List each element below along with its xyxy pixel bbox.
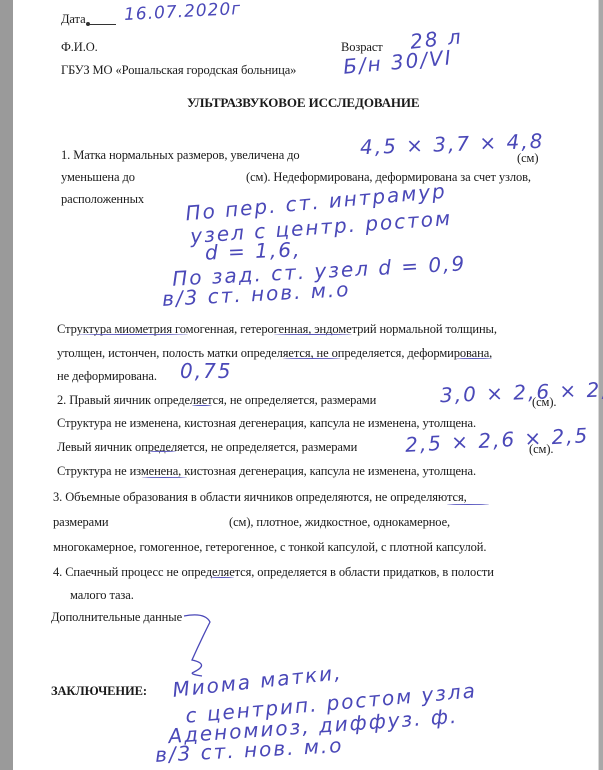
right-ovary-unit: (см).: [532, 395, 556, 410]
nodes-note-3: d = 1,6,: [205, 240, 302, 261]
s3-line2b: (см), плотное, жидкостное, однокамерное,: [229, 515, 450, 530]
left-ovary-unit: (см).: [529, 442, 553, 457]
left-ovary-size: 2,5 × 2,6 × 2,5: [405, 426, 590, 454]
date-line-mark: [88, 24, 116, 25]
s1-line3: расположенных: [61, 192, 144, 207]
underline-deformed: [456, 357, 492, 359]
s3-line3: многокамерное, гомогенное, гетерогенное,…: [53, 540, 486, 555]
conclusion-label: ЗАКЛЮЧЕНИЕ:: [51, 684, 147, 699]
z-mark-icon: [180, 612, 220, 682]
s4-line2: малого таза.: [70, 588, 134, 603]
underline-right-ovary: [192, 404, 212, 406]
date-label: Дата: [61, 12, 86, 27]
underline-cavity-defined: [283, 357, 341, 359]
underline-left-ovary: [148, 450, 176, 452]
document-title: УЛЬТРАЗВУКОВОЕ ИССЛЕДОВАНИЕ: [187, 95, 420, 110]
structure-line2: утолщен, истончен, полость матки определ…: [57, 346, 492, 361]
institution-name: ГБУЗ МО «Рошальская городская больница»: [61, 63, 296, 78]
date-value: 16.07.2020г: [124, 0, 242, 24]
fio-label: Ф.И.О.: [61, 40, 98, 55]
underline-not-defined: [447, 503, 489, 505]
underline-heterogeneous: [274, 333, 352, 335]
record-note: Б/н 30/VI: [342, 48, 453, 75]
s4-line1: 4. Спаечный процесс не определяется, опр…: [53, 565, 494, 580]
left-ovary-structure: Структура не изменена, кистозная дегенер…: [57, 464, 476, 479]
underline-adhesions: [210, 576, 234, 578]
right-ovary-line: 2. Правый яичник определяется, не опреде…: [57, 393, 376, 408]
s1-line2a: уменьшена до: [61, 170, 135, 185]
s1-line1: 1. Матка нормальных размеров, увеличена …: [61, 148, 300, 163]
s3-line1: 3. Объемные образования в области яичник…: [53, 490, 467, 505]
s3-line2a: размерами: [53, 515, 109, 530]
scan-border-left: [0, 0, 13, 770]
underline-not-changed: [142, 476, 187, 478]
left-ovary-line: Левый яичник определяется, не определяет…: [57, 440, 357, 455]
right-ovary-size: 3,0 × 2,6 × 2,5: [440, 380, 603, 404]
structure-line3: не деформирована.: [57, 369, 157, 384]
s1-unit: (см): [517, 151, 538, 166]
additional-data-label: Дополнительные данные: [51, 610, 182, 625]
endometrium-value: 0,75: [180, 362, 233, 380]
right-ovary-structure: Структура не изменена, кистозная дегенер…: [57, 416, 476, 431]
underline-myometrium: [78, 333, 188, 335]
